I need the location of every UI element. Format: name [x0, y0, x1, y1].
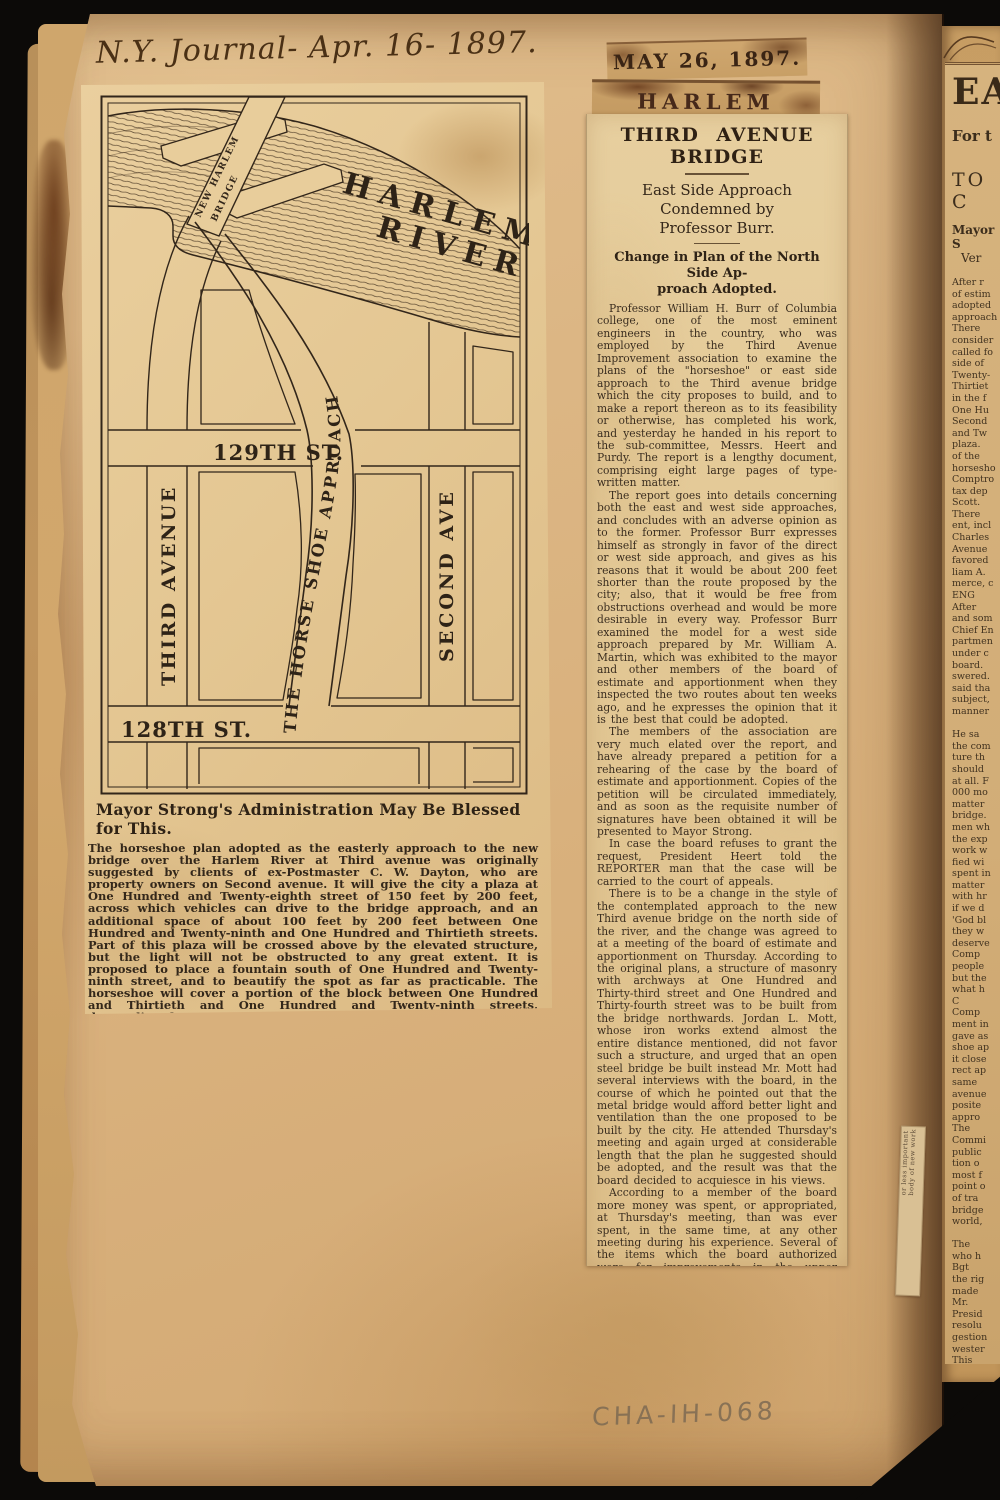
article-deck: East Side Approach Condemned by Professo…: [597, 181, 837, 238]
article-subdeck: Change in Plan of the North Side Ap- pro…: [597, 250, 837, 298]
next-page-byline: Mayor S: [952, 223, 1000, 251]
article-paragraph: The report goes into details concerning …: [597, 490, 837, 727]
third-avenue-label: THIRD AVENUE: [158, 485, 180, 686]
article-body: Professor William H. Burr of Columbia co…: [597, 303, 837, 1266]
street-128-label: 128TH ST.: [121, 717, 252, 742]
map-newspaper-clipping: NEW HARLEM BRIDGE HARLEM RIVER: [76, 82, 552, 1014]
next-page-byline-2: Ver: [952, 251, 1000, 265]
next-page-subhead: TO C: [952, 169, 1000, 213]
city-blocks: [199, 290, 513, 784]
handwritten-source-annotation: N.Y. Journal- Apr. 16- 1897.: [95, 24, 566, 89]
map-caption-title: Mayor Strong's Administration May Be Ble…: [96, 800, 538, 838]
second-ave-label: SECOND AVE: [436, 489, 458, 662]
map-caption: Mayor Strong's Administration May Be Ble…: [88, 798, 538, 1072]
scrapbook-page: N.Y. Journal- Apr. 16- 1897.: [56, 14, 942, 1486]
handwriting-squiggle: [942, 28, 998, 64]
article-paragraph: Professor William H. Burr of Columbia co…: [597, 303, 837, 490]
article-paragraph: There is to be a change in the style of …: [597, 888, 837, 1187]
article-paragraph: In case the board refuses to grant the r…: [597, 838, 837, 888]
article-paragraph: The members of the association are very …: [597, 726, 837, 838]
next-page-clipping: EAST For t TO C Mayor S Ver After r of e…: [945, 62, 1000, 1364]
rotated-fragment-text: or less important body of new work: [899, 1127, 918, 1198]
scrapbook-photo: N.Y. Journal- Apr. 16- 1897.: [0, 0, 1000, 1500]
harlem-river-map: NEW HARLEM BRIDGE HARLEM RIVER: [99, 94, 529, 796]
date-strip-clipping: MAY 26, 1897.: [607, 38, 808, 81]
map-caption-body: The horseshoe plan adopted as the easter…: [88, 842, 538, 1072]
headline-rule: [685, 173, 749, 175]
deck-rule: [694, 243, 740, 244]
next-page-headline: EAST: [952, 73, 1000, 111]
next-page-deck: For t: [952, 127, 1000, 145]
article-paragraph: According to a member of the board more …: [597, 1187, 837, 1266]
next-page-body-fragments: After r of estim adopted approach There …: [952, 277, 1000, 1364]
article-headline: THIRD AVENUE BRIDGE: [597, 124, 837, 168]
catalog-number-pencil: CHA-IH-068: [592, 1393, 853, 1431]
next-page-edge: EAST For t TO C Mayor S Ver After r of e…: [942, 26, 1000, 1382]
article-clipping: THIRD AVENUE BRIDGE East Side Approach C…: [586, 114, 848, 1266]
